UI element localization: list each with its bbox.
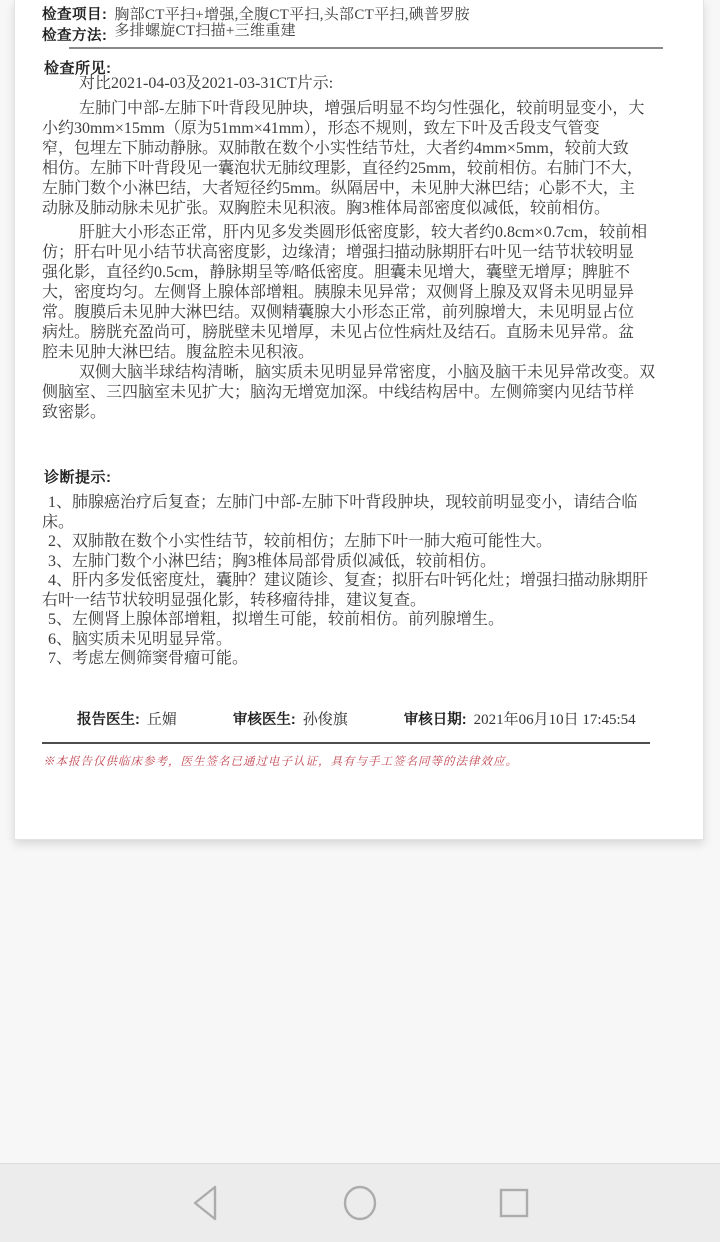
diagnosis-line: 6、脑实质未见明显异常。 [42,630,658,650]
findings-body: 对比2021-04-03及2021-03-31CT片示:左肺门中部-左肺下叶背段… [42,74,658,423]
back-icon [190,1184,222,1222]
findings-line: 动脉及肺动脉未见扩张。双胸腔未见积液。胸3椎体局部密度似减低，较前相仿。 [42,199,658,219]
diagnosis-body: 1、肺腺癌治疗后复查；左肺门中部-左肺下叶背段肿块，现较前明显变小，请结合临床。… [42,493,658,669]
findings-line: 致密影。 [42,403,658,423]
findings-line: 病灶。膀胱充盈尚可，膀胱壁未见增厚，未见占位性病灶及结石。直肠未见异常。盆 [42,323,658,343]
findings-line: 相仿。左肺下叶背段见一囊泡状无肺纹理影，直径约25mm，较前相仿。右肺门不大， [42,159,658,179]
report-doctor-label: 报告医生: [77,712,140,728]
findings-line: 腔未见肿大淋巴结。腹盆腔未见积液。 [42,343,658,363]
diagnosis-line: 右叶一结节状较明显强化影，转移瘤待排，建议复查。 [42,591,658,611]
disclaimer-text: ※本报告仅供临床参考，医生签名已通过电子认证，具有与手工签名同等的法律效应。 [43,753,655,769]
review-date-value: 2021年06月10日 17:45:54 [474,712,636,728]
exam-method-value: 多排螺旋CT扫描+三维重建 [114,19,296,40]
diagnosis-heading: 诊断提示: [44,466,112,487]
findings-line: 大，密度均匀。左侧肾上腺体部增粗。胰腺未见异常；双侧肾上腺及双肾未见明显异 [42,283,658,303]
findings-line: 肝脏大小形态正常，肝内见多发类圆形低密度影，较大者约0.8cm×0.7cm，较前… [42,223,658,243]
findings-line: 常。腹膜后未见肿大淋巴结。双侧精囊腺大小形态正常，前列腺增大，未见明显占位 [42,303,658,323]
recents-button[interactable] [495,1182,533,1224]
home-button[interactable] [341,1182,379,1224]
findings-line: 双侧大脑半球结构清晰，脑实质未见明显异常密度，小脑及脑干未见异常改变。双 [42,363,658,383]
review-doctor-name: 孙俊旗 [303,712,348,728]
signature-divider [42,742,650,744]
diagnosis-line: 7、考虑左侧筛窦骨瘤可能。 [42,649,658,669]
review-doctor-label: 审核医生: [233,712,296,728]
findings-line: 左肺门中部-左肺下叶背段见肿块，增强后明显不均匀性强化，较前明显变小，大 [42,99,658,119]
home-icon [342,1184,378,1222]
exam-item-label: 检查项目: [42,7,107,23]
report-doctor-name: 丘媚 [147,712,177,728]
findings-line: 左肺门数个小淋巴结，大者短径约5mm。纵隔居中，未见肿大淋巴结；心影不大，主 [42,179,658,199]
diagnosis-line: 床。 [42,513,658,533]
diagnosis-line: 2、双肺散在数个小实性结节，较前相仿；左肺下叶一肺大疱可能性大。 [42,532,658,552]
findings-paragraph: 左肺门中部-左肺下叶背段见肿块，增强后明显不均匀性强化，较前明显变小，大小约30… [42,99,658,219]
diagnosis-line: 5、左侧肾上腺体部增粗，拟增生可能，较前相仿。前列腺增生。 [42,610,658,630]
header-divider [69,47,663,49]
exam-method-label: 检查方法: [42,28,107,44]
android-navigation-bar [0,1163,720,1242]
diagnosis-line: 1、肺腺癌治疗后复查；左肺门中部-左肺下叶背段肿块，现较前明显变小，请结合临 [42,493,658,513]
diagnosis-line: 4、肝内多发低密度灶，囊肿？建议随诊、复查；拟肝右叶钙化灶；增强扫描动脉期肝 [42,571,658,591]
findings-paragraph: 肝脏大小形态正常，肝内见多发类圆形低密度影，较大者约0.8cm×0.7cm，较前… [42,223,658,363]
findings-line: 强化影，直径约0.5cm，静脉期呈等/略低密度。胆囊未见增大，囊壁无增厚；脾脏不 [42,263,658,283]
diagnosis-line: 3、左肺门数个小淋巴结；胸3椎体局部骨质似减低，较前相仿。 [42,552,658,572]
findings-line: 侧脑室、三四脑室未见扩大；脑沟无增宽加深。中线结构居中。左侧筛窦内见结节样 [42,383,658,403]
report-page: 检查项目:胸部CT平扫+增强,全腹CT平扫,头部CT平扫,碘普罗胺 检查方法:多… [14,0,704,840]
findings-line: 窄，包埋左下肺动静脉。双肺散在数个小实性结节灶，大者约4mm×5mm，较前大致 [42,139,658,159]
exam-method-row: 检查方法:多排螺旋CT扫描+三维重建 [42,24,654,45]
findings-line: 小约30mm×15mm（原为51mm×41mm），形态不规则，致左下叶及舌段支气… [42,119,658,139]
review-date-label: 审核日期: [404,712,467,728]
findings-paragraph: 对比2021-04-03及2021-03-31CT片示: [42,74,658,94]
recents-icon [497,1184,531,1222]
back-button[interactable] [187,1182,225,1224]
findings-paragraph: 双侧大脑半球结构清晰，脑实质未见明显异常密度，小脑及脑干未见异常改变。双侧脑室、… [42,363,658,423]
findings-line: 仿；肝右叶见小结节状高密度影，边缘清；增强扫描动脉期肝右叶见一结节状较明显 [42,243,658,263]
signature-row: 报告医生:丘媚审核医生:孙俊旗审核日期:2021年06月10日 17:45:54 [42,708,654,729]
findings-line: 对比2021-04-03及2021-03-31CT片示: [42,74,658,94]
